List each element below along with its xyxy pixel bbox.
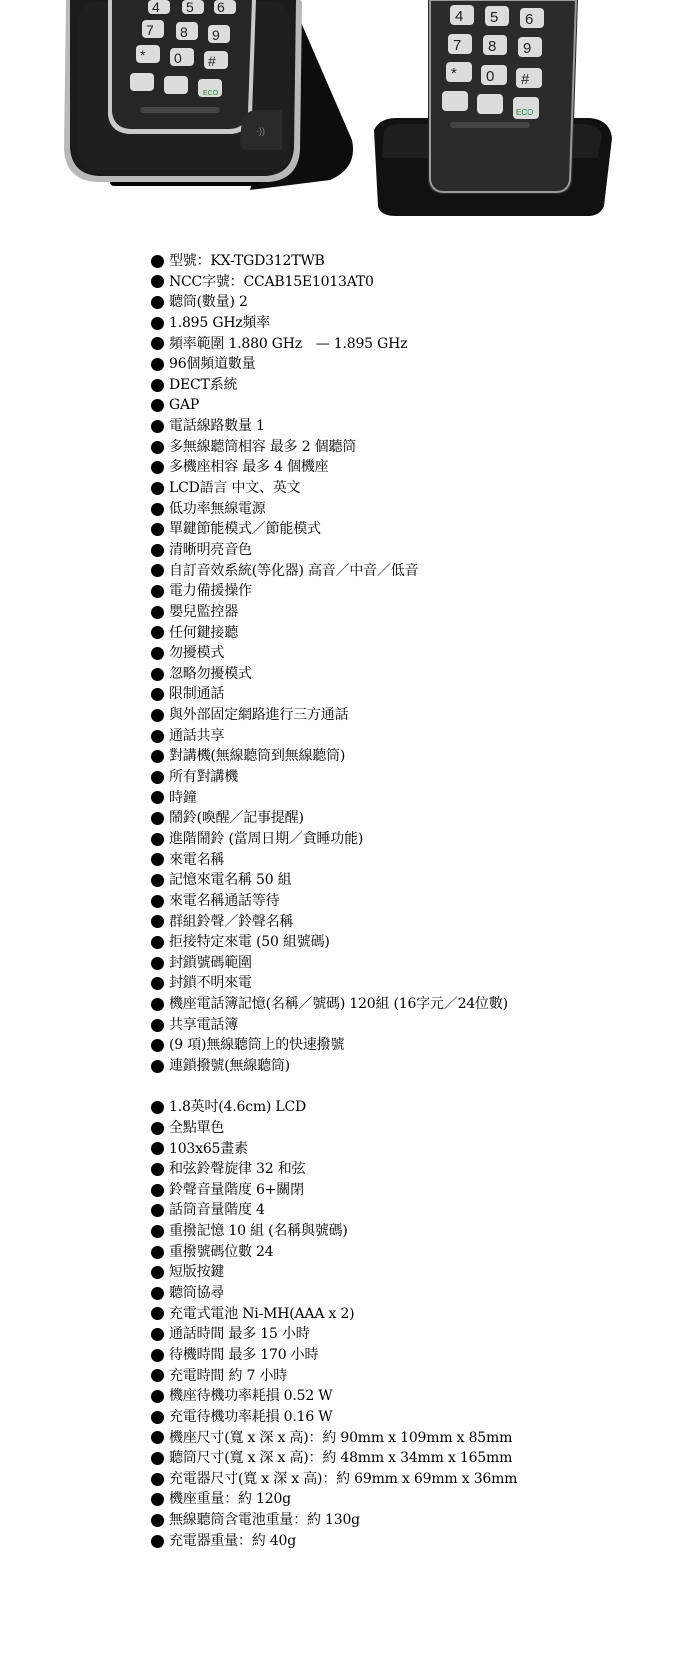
bullet-icon [151,379,164,392]
spec-item: 聽筒協尋 [151,1283,517,1304]
bullet-icon [151,1287,164,1300]
bullet-icon [151,420,164,433]
bullet-icon [151,1246,164,1259]
spec-item: 全點單色 [151,1118,517,1139]
svg-text:8: 8 [488,38,496,55]
bullet-icon [151,998,164,1011]
bullet-icon [151,833,164,846]
spec-item: LCD語言 中文、英文 [151,478,517,499]
spec-item: 群組鈴聲／鈴聲名稱 [151,912,517,933]
spec-item: 多機座相容 最多 4 個機座 [151,457,517,478]
spec-item: 待機時間 最多 170 小時 [151,1345,517,1366]
svg-text:#: # [521,71,530,88]
spec-item: 通話時間 最多 15 小時 [151,1324,517,1345]
spec-item: 機座待機功率耗損 0.52 W [151,1386,517,1407]
spec-item: 話筒音量階度 4 [151,1200,517,1221]
svg-text:*: * [140,47,146,63]
spec-item: 短版按鍵 [151,1262,517,1283]
spec-item: 充電式電池 Ni-MH(AAA x 2) [151,1304,517,1325]
bullet-icon [151,1514,164,1527]
bullet-icon [151,585,164,598]
svg-text:#: # [208,53,216,69]
spec-item: 無線聽筒含電池重量：約 130g [151,1510,517,1531]
bullet-icon [151,523,164,536]
spec-item: 充電待機功率耗損 0.16 W [151,1407,517,1428]
spec-item: 電力備援操作 [151,581,517,602]
spec-item: 103x65畫素 [151,1139,517,1160]
bullet-icon [151,503,164,516]
bullet-icon [151,296,164,309]
spec-item: 進階鬧鈴 (當周日期／貪睡功能) [151,829,517,850]
charger-handset-image: 4 5 6 7 8 9 * 0 # ECO [374,0,612,216]
bullet-icon [151,482,164,495]
bullet-icon [151,915,164,928]
svg-text:·)): ·)) [256,126,265,136]
bullet-icon [151,544,164,557]
bullet-icon [151,1369,164,1382]
spec-item: 來電名稱通話等待 [151,891,517,912]
spec-item: 型號：KX-TGD312TWB [151,251,517,272]
spec-item: 重撥記憶 10 組 (名稱與號碼) [151,1221,517,1242]
spec-item: NCC字號：CCAB15E1013AT0 [151,272,517,293]
spec-item: 拒接特定來電 (50 組號碼) [151,932,517,953]
bullet-icon [151,1431,164,1444]
spec-item: 頻率範圍 1.880 GHz — 1.895 GHz [151,334,517,355]
bullet-icon [151,1204,164,1217]
bullet-icon [151,1307,164,1320]
spec-item: 自訂音效系統(等化器) 高音／中音／低音 [151,561,517,582]
spec-item: 鬧鈴(喚醒／記事提醒) [151,808,517,829]
spec-item: 鈴聲音量階度 6+關閉 [151,1180,517,1201]
bullet-icon [151,1328,164,1341]
bullet-icon [151,1039,164,1052]
bullet-icon [151,461,164,474]
svg-text:7: 7 [146,22,154,38]
bullet-icon [151,1535,164,1548]
bullet-icon [151,730,164,743]
bullet-icon [151,1142,164,1155]
bullet-icon [151,688,164,701]
svg-text:4: 4 [455,8,463,25]
spec-item: 低功率無線電源 [151,499,517,520]
svg-text:5: 5 [490,9,498,26]
bullet-icon [151,626,164,639]
spec-item: 封鎖號碼範圍 [151,953,517,974]
bullet-icon [151,358,164,371]
svg-text:7: 7 [453,37,461,54]
bullet-icon [151,1266,164,1279]
bullet-icon [151,771,164,784]
spec-item: 充電時間 約 7 小時 [151,1366,517,1387]
spec-item: 96個頻道數量 [151,354,517,375]
bullet-icon [151,750,164,763]
bullet-icon [151,853,164,866]
spec-item: 時鐘 [151,788,517,809]
bullet-icon [151,606,164,619]
spec-item: 多無線聽筒相容 最多 2 個聽筒 [151,437,517,458]
bullet-icon [151,812,164,825]
spec-list: 型號：KX-TGD312TWB NCC字號：CCAB15E1013AT0 聽筒(… [151,251,517,1551]
bullet-icon [151,709,164,722]
spec-item: 充電器重量：約 40g [151,1531,517,1552]
bullet-icon [151,977,164,990]
spec-item: (9 項)無線聽筒上的快速撥號 [151,1035,517,1056]
spec-item: 電話線路數量 1 [151,416,517,437]
bullet-icon [151,399,164,412]
svg-text:8: 8 [180,24,188,40]
bullet-icon [151,668,164,681]
spec-item: 對講機(無線聽筒到無線聽筒) [151,746,517,767]
spec-item: 和弦鈴聲旋律 32 和弦 [151,1159,517,1180]
spec-item: 限制通話 [151,684,517,705]
svg-text:*: * [451,65,457,82]
spec-item: 任何鍵接聽 [151,623,517,644]
spec-item: 連鎖撥號(無線聽筒) [151,1056,517,1077]
svg-text:5: 5 [186,0,194,15]
bullet-icon [151,1411,164,1424]
bullet-icon [151,1225,164,1238]
svg-text:6: 6 [217,0,225,15]
spec-item: 機座重量：約 120g [151,1489,517,1510]
bullet-icon [151,1452,164,1465]
product-image: 4 5 6 7 8 9 * 0 # ECO ·)) [0,0,700,230]
bullet-icon [151,255,164,268]
bullet-icon [151,317,164,330]
bullet-icon [151,1060,164,1073]
spec-item: 勿擾模式 [151,643,517,664]
spec-item: 封鎖不明來電 [151,973,517,994]
svg-text:ECO: ECO [516,108,533,117]
spec-item: 1.895 GHz頻率 [151,313,517,334]
bullet-icon [151,895,164,908]
svg-text:0: 0 [486,68,494,85]
spec-item: 通話共享 [151,726,517,747]
bullet-icon [151,337,164,350]
bullet-icon [151,564,164,577]
svg-text:9: 9 [523,40,531,57]
bullet-icon [151,1390,164,1403]
spec-item: 單鍵節能模式／節能模式 [151,519,517,540]
svg-text:0: 0 [174,50,182,66]
spec-item: 所有對講機 [151,767,517,788]
spec-item: 重撥號碼位數 24 [151,1242,517,1263]
bullet-icon [151,1493,164,1506]
bullet-icon [151,957,164,970]
bullet-icon [151,647,164,660]
spec-item: 忽略勿擾模式 [151,664,517,685]
spec-item: 共享電話簿 [151,1015,517,1036]
svg-text:9: 9 [212,27,220,43]
svg-text:4: 4 [152,0,160,15]
bullet-icon [151,1101,164,1114]
spec-item: DECT系統 [151,375,517,396]
bullet-icon [151,791,164,804]
bullet-icon [151,874,164,887]
bullet-icon [151,441,164,454]
bullet-icon [151,275,164,288]
spec-item: 聽筒(數量) 2 [151,292,517,313]
svg-text:6: 6 [525,11,533,28]
spec-item: 來電名稱 [151,850,517,871]
spec-item: 聽筒尺寸(寬 x 深 x 高)：約 48mm x 34mm x 165mm [151,1448,517,1469]
base-station-image: 4 5 6 7 8 9 * 0 # ECO ·)) [64,0,353,190]
bullet-icon [151,1184,164,1197]
bullet-icon [151,1473,164,1486]
spec-item: 與外部固定網路進行三方通話 [151,705,517,726]
spec-item: 嬰兒監控器 [151,602,517,623]
spec-item: 機座電話簿記憶(名稱／號碼) 120組 (16字元／24位數) [151,994,517,1015]
spec-item: 清晰明亮音色 [151,540,517,561]
spec-item: 記憶來電名稱 50 組 [151,870,517,891]
svg-text:ECO: ECO [203,90,219,97]
spec-group-spacer [151,1077,517,1098]
bullet-icon [151,936,164,949]
bullet-icon [151,1163,164,1176]
spec-item: 1.8英吋(4.6cm) LCD [151,1097,517,1118]
spec-item: 機座尺寸(寬 x 深 x 高)：約 90mm x 109mm x 85mm [151,1428,517,1449]
spec-item: 充電器尺寸(寬 x 深 x 高)：約 69mm x 69mm x 36mm [151,1469,517,1490]
spec-item: GAP [151,395,517,416]
bullet-icon [151,1122,164,1135]
bullet-icon [151,1349,164,1362]
bullet-icon [151,1019,164,1032]
